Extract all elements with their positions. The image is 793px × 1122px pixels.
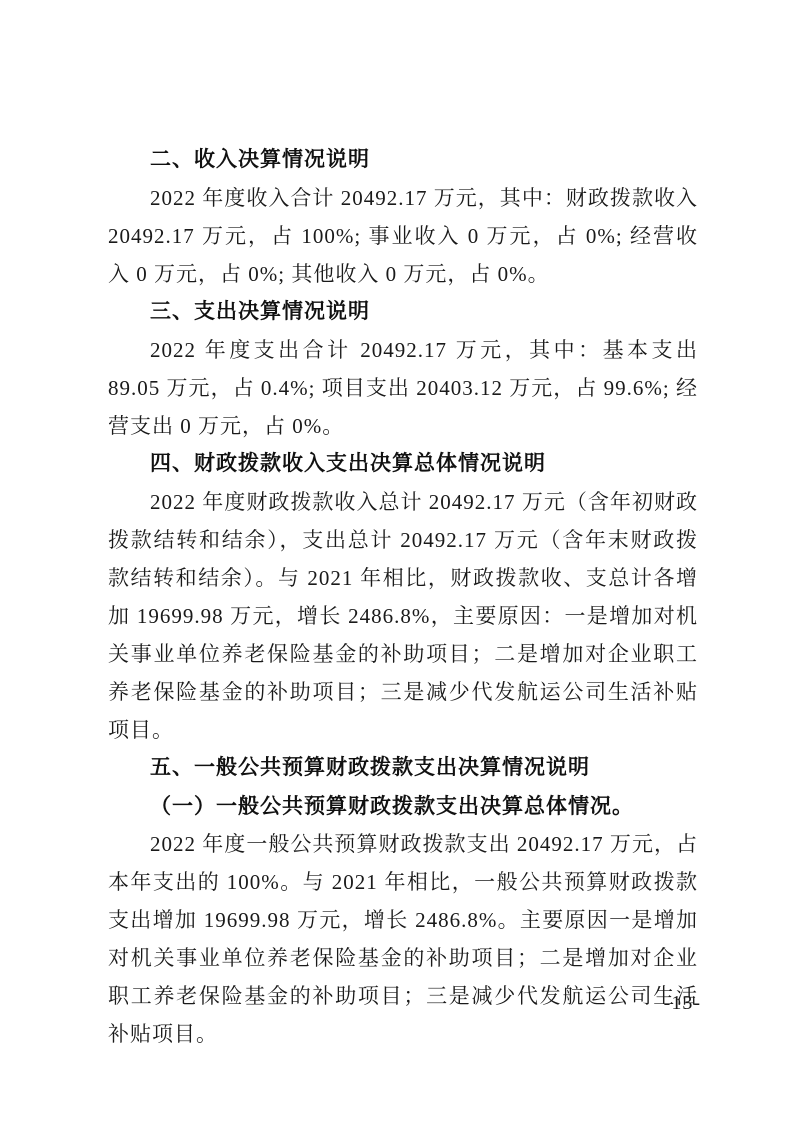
section-heading-general-public-budget: 五、一般公共预算财政拨款支出决算情况说明: [108, 749, 698, 787]
subsection-heading-general-public-budget-overall: （一）一般公共预算财政拨款支出决算总体情况。: [108, 787, 698, 825]
page-number: -13-: [664, 992, 701, 1015]
document-content: 二、收入决算情况说明 2022 年度收入合计 20492.17 万元，其中：财政…: [108, 141, 698, 1053]
section-paragraph-expenditure-summary: 2022 年度支出合计 20492.17 万元，其中：基本支出 89.05 万元…: [108, 331, 698, 445]
section-paragraph-general-public-budget: 2022 年度一般公共预算财政拨款支出 20492.17 万元，占本年支出的 1…: [108, 825, 698, 1053]
section-paragraph-fiscal-appropriation-overview: 2022 年度财政拨款收入总计 20492.17 万元（含年初财政拨款结转和结余…: [108, 483, 698, 749]
section-heading-expenditure-summary: 三、支出决算情况说明: [108, 293, 698, 331]
section-paragraph-income-summary: 2022 年度收入合计 20492.17 万元，其中：财政拨款收入 20492.…: [108, 179, 698, 293]
document-page: 二、收入决算情况说明 2022 年度收入合计 20492.17 万元，其中：财政…: [0, 0, 793, 1122]
section-heading-fiscal-appropriation-overview: 四、财政拨款收入支出决算总体情况说明: [108, 445, 698, 483]
section-heading-income-summary: 二、收入决算情况说明: [108, 141, 698, 179]
